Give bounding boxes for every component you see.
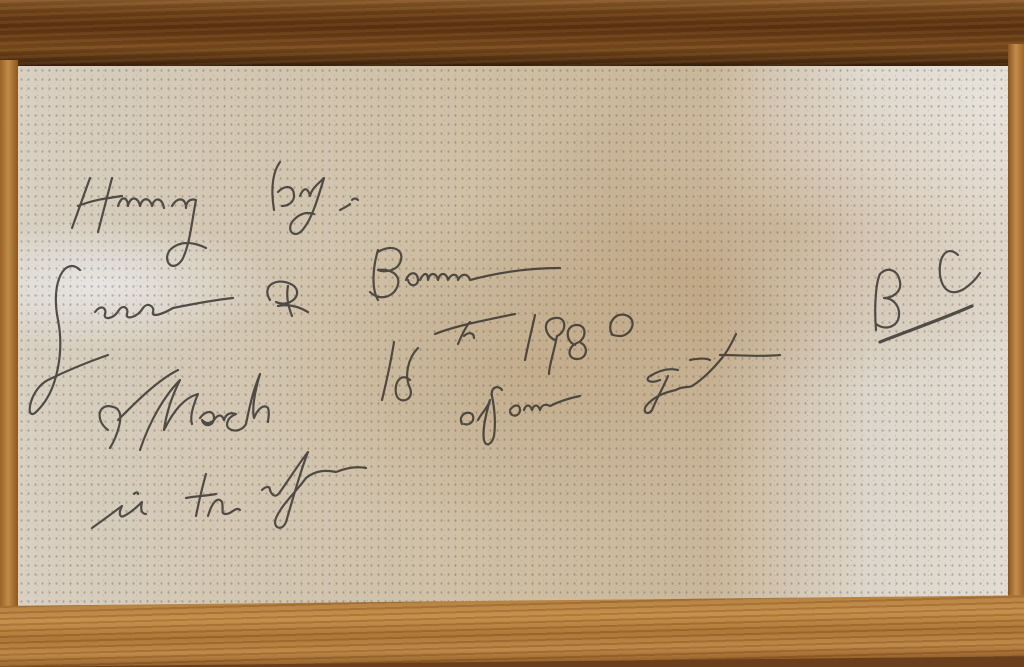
pencil-inscription: Hung by Jesse L. Bowen March 16th 1930 i… <box>0 0 1024 667</box>
handwriting-strokes <box>0 0 1024 667</box>
